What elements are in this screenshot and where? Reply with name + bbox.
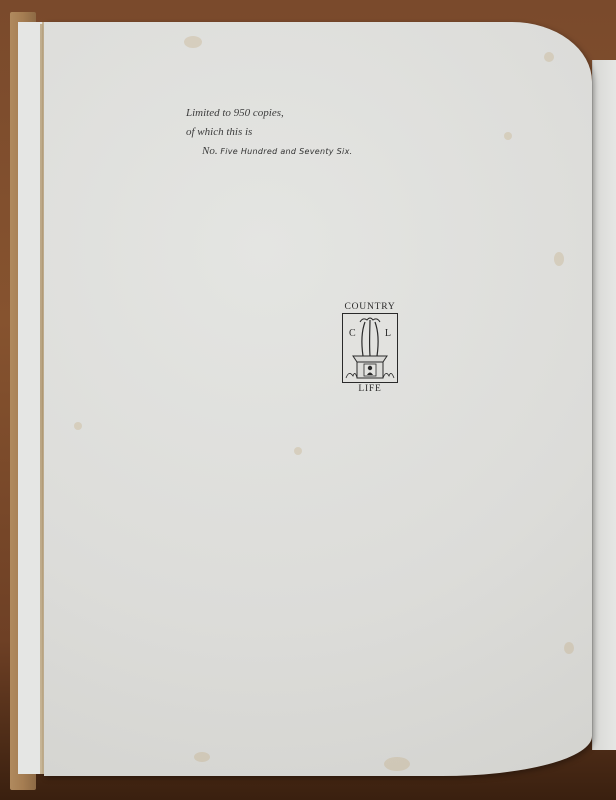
emblem-bottom-text: LIFE bbox=[339, 384, 401, 394]
foxing-spot bbox=[384, 757, 410, 771]
country-life-emblem: COUNTRY C L LIFE bbox=[339, 302, 401, 394]
page-edge-right bbox=[592, 60, 616, 750]
foxing-spot bbox=[504, 132, 512, 140]
emblem-frame: C L bbox=[342, 313, 398, 383]
copy-number-line: No. Five Hundred and Seventy Six. bbox=[186, 142, 352, 161]
foxing-spot bbox=[184, 36, 202, 48]
limitation-line-1: Limited to 950 copies, bbox=[186, 104, 352, 123]
foxing-spot bbox=[564, 642, 574, 654]
foxing-spot bbox=[294, 447, 302, 455]
handwritten-copy-number: Five Hundred and Seventy Six. bbox=[220, 147, 352, 156]
limitation-notice: Limited to 950 copies, of which this is … bbox=[186, 104, 352, 161]
emblem-letter-c: C bbox=[349, 328, 356, 339]
foxing-spot bbox=[74, 422, 82, 430]
number-prefix: No. bbox=[202, 145, 218, 157]
limitation-line-2: of which this is bbox=[186, 123, 352, 142]
foxing-spot bbox=[544, 52, 554, 62]
foxing-spot bbox=[554, 252, 564, 266]
fountain-emblem-icon bbox=[343, 314, 397, 382]
emblem-letter-l: L bbox=[385, 328, 391, 339]
foxing-spot bbox=[194, 752, 210, 762]
book-hinge bbox=[40, 24, 43, 774]
emblem-top-text: COUNTRY bbox=[339, 302, 401, 312]
